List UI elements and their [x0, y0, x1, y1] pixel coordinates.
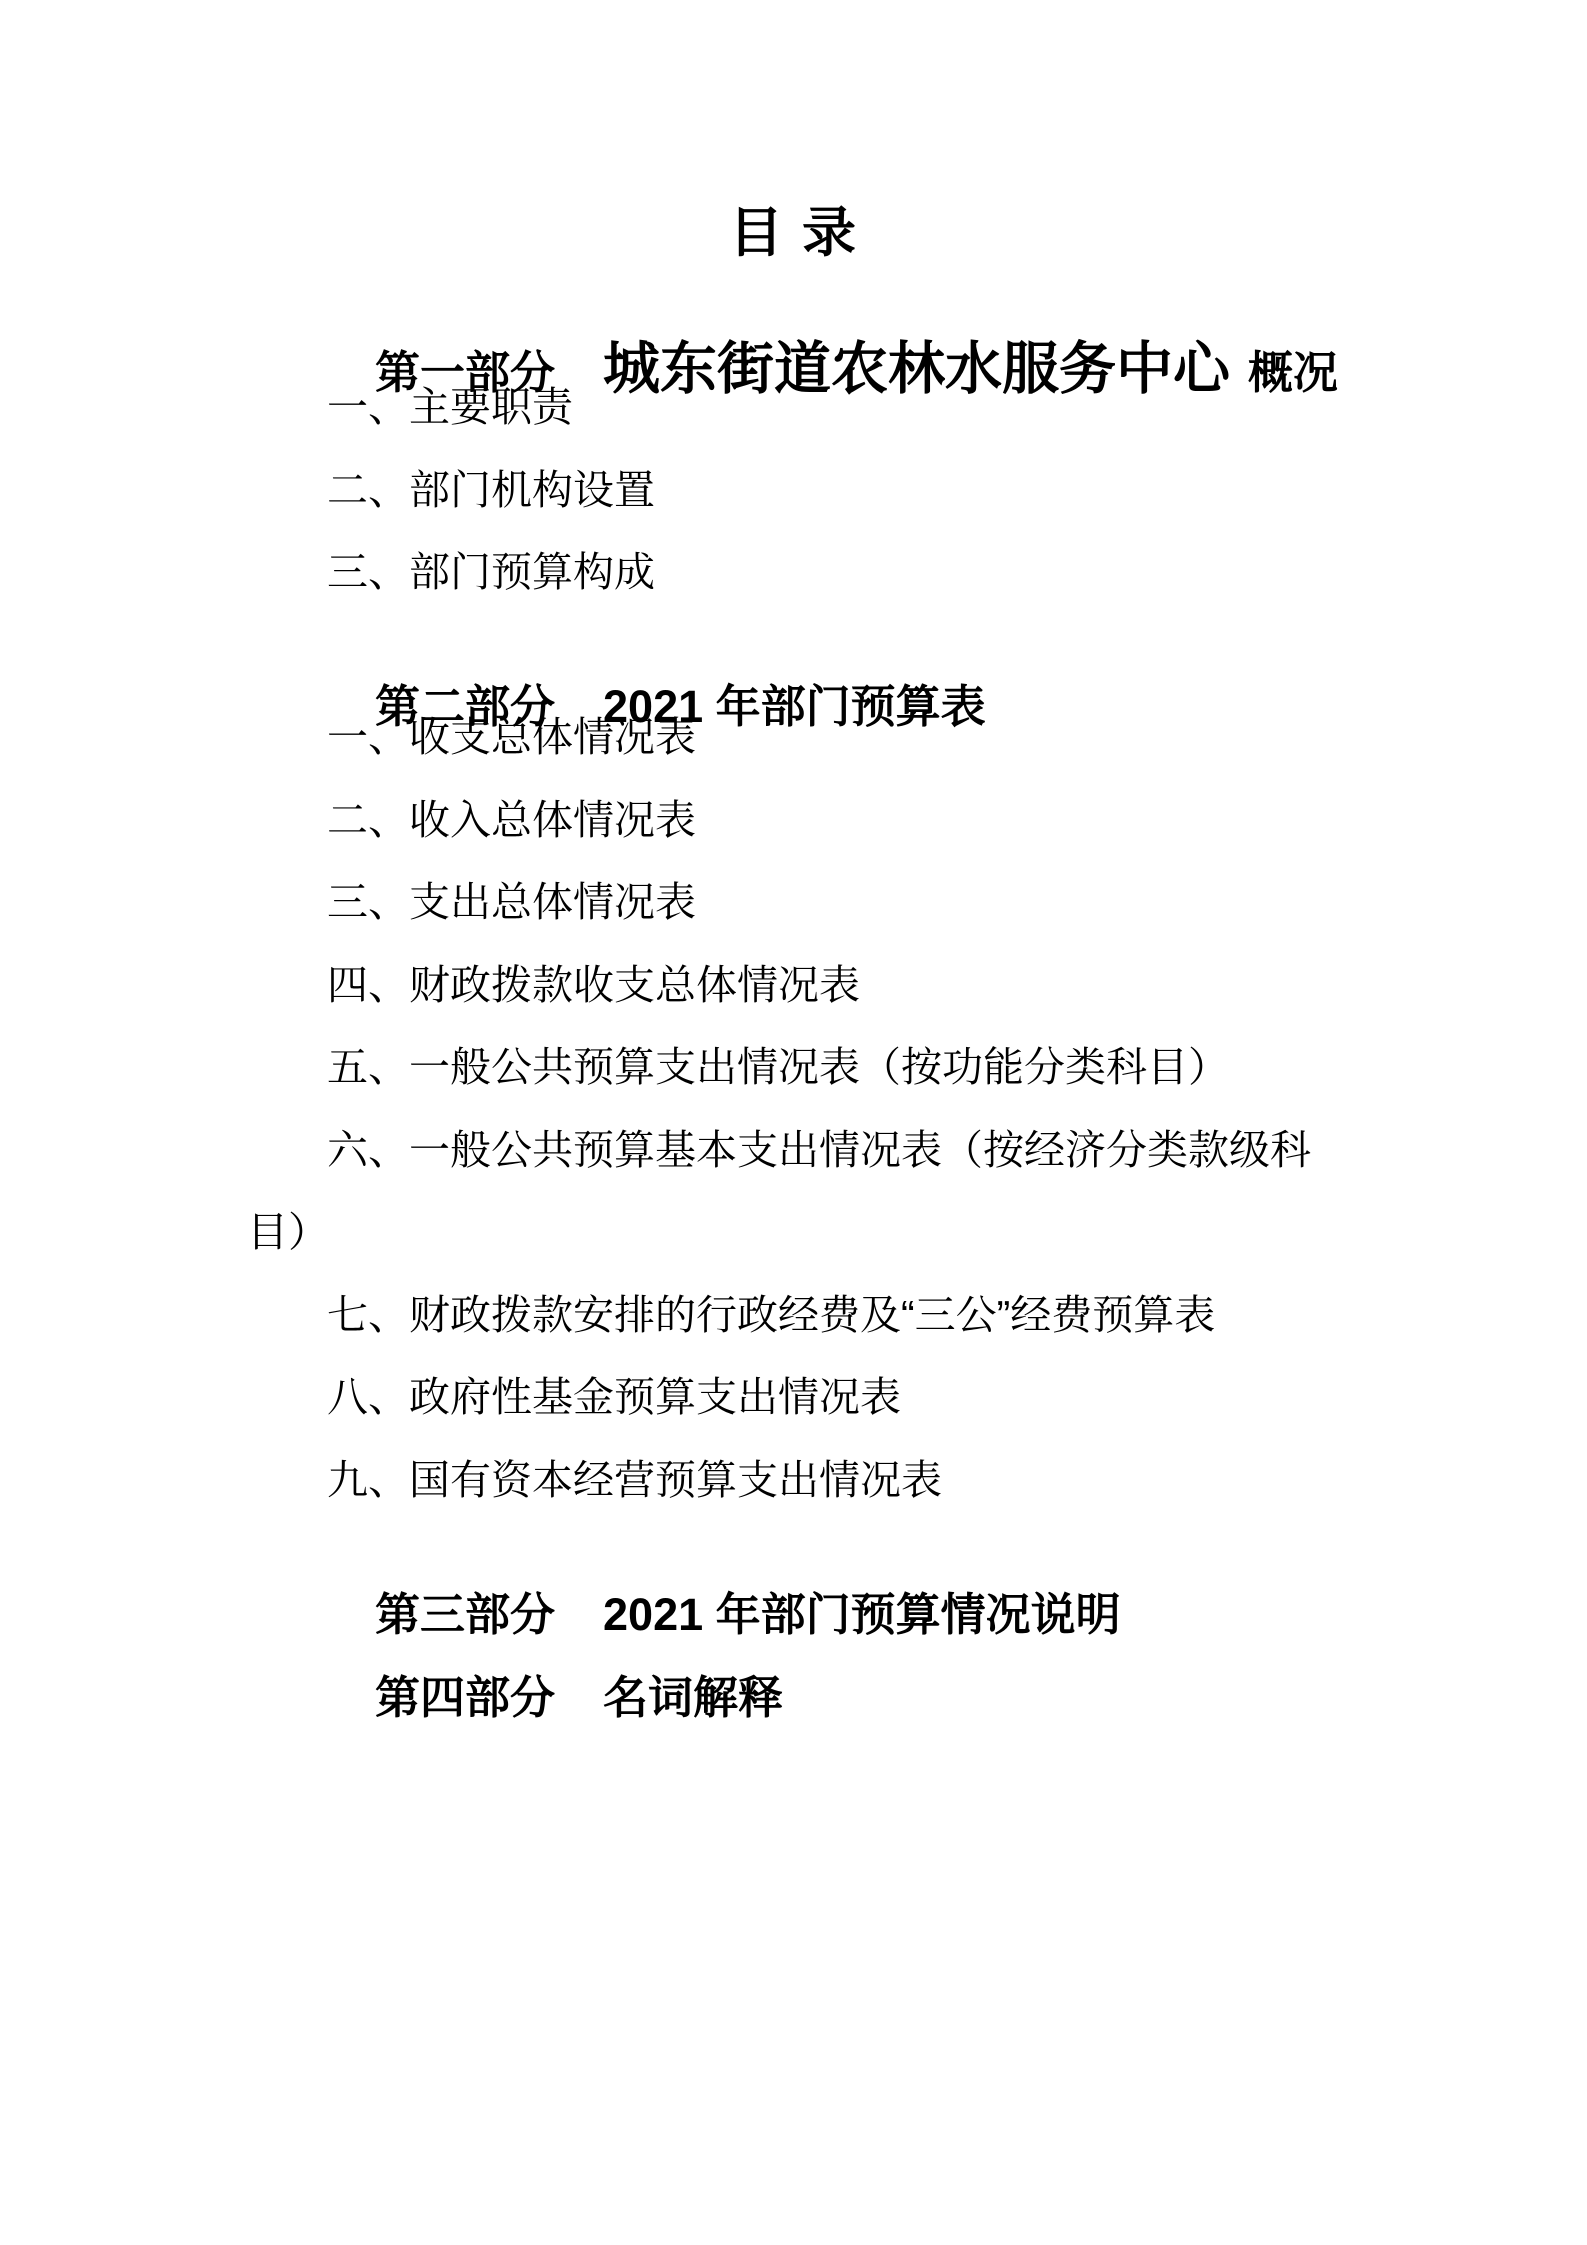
part4-heading: 第四部分名词解释	[325, 1623, 783, 1774]
part4-label: 第四部分	[375, 1672, 555, 1723]
toc-item-p2-1: 一、收支总体情况表	[327, 715, 696, 761]
toc-item-p1-1: 一、主要职责	[327, 385, 573, 431]
page-title: 目 录	[0, 203, 1587, 263]
toc-item-p1-2: 二、部门机构设置	[327, 468, 655, 514]
toc-item-p2-8: 八、政府性基金预算支出情况表	[327, 1375, 901, 1421]
toc-item-p2-9: 九、国有资本经营预算支出情况表	[327, 1458, 942, 1504]
toc-page: 目 录 第一部分城东街道农林水服务中心概况 一、主要职责 二、部门机构设置 三、…	[0, 0, 1587, 2245]
toc-item-p2-7: 七、财政拨款安排的行政经费及“三公”经费预算表	[327, 1293, 1215, 1339]
toc-item-p2-4: 四、财政拨款收支总体情况表	[327, 963, 860, 1009]
toc-item-p1-3: 三、部门预算构成	[327, 550, 655, 596]
toc-item-p2-3: 三、支出总体情况表	[327, 880, 696, 926]
toc-item-p2-5: 五、一般公共预算支出情况表（按功能分类科目）	[327, 1045, 1229, 1091]
toc-item-p2-6: 六、一般公共预算基本支出情况表（按经济分类款级科	[327, 1128, 1311, 1174]
part1-org-name: 城东街道农林水服务中心	[603, 337, 1230, 401]
part1-suffix: 概况	[1248, 347, 1338, 398]
toc-item-p2-6-wrap: 目）	[247, 1210, 329, 1256]
part4-title: 名词解释	[603, 1672, 783, 1723]
toc-item-p2-2: 二、收入总体情况表	[327, 798, 696, 844]
